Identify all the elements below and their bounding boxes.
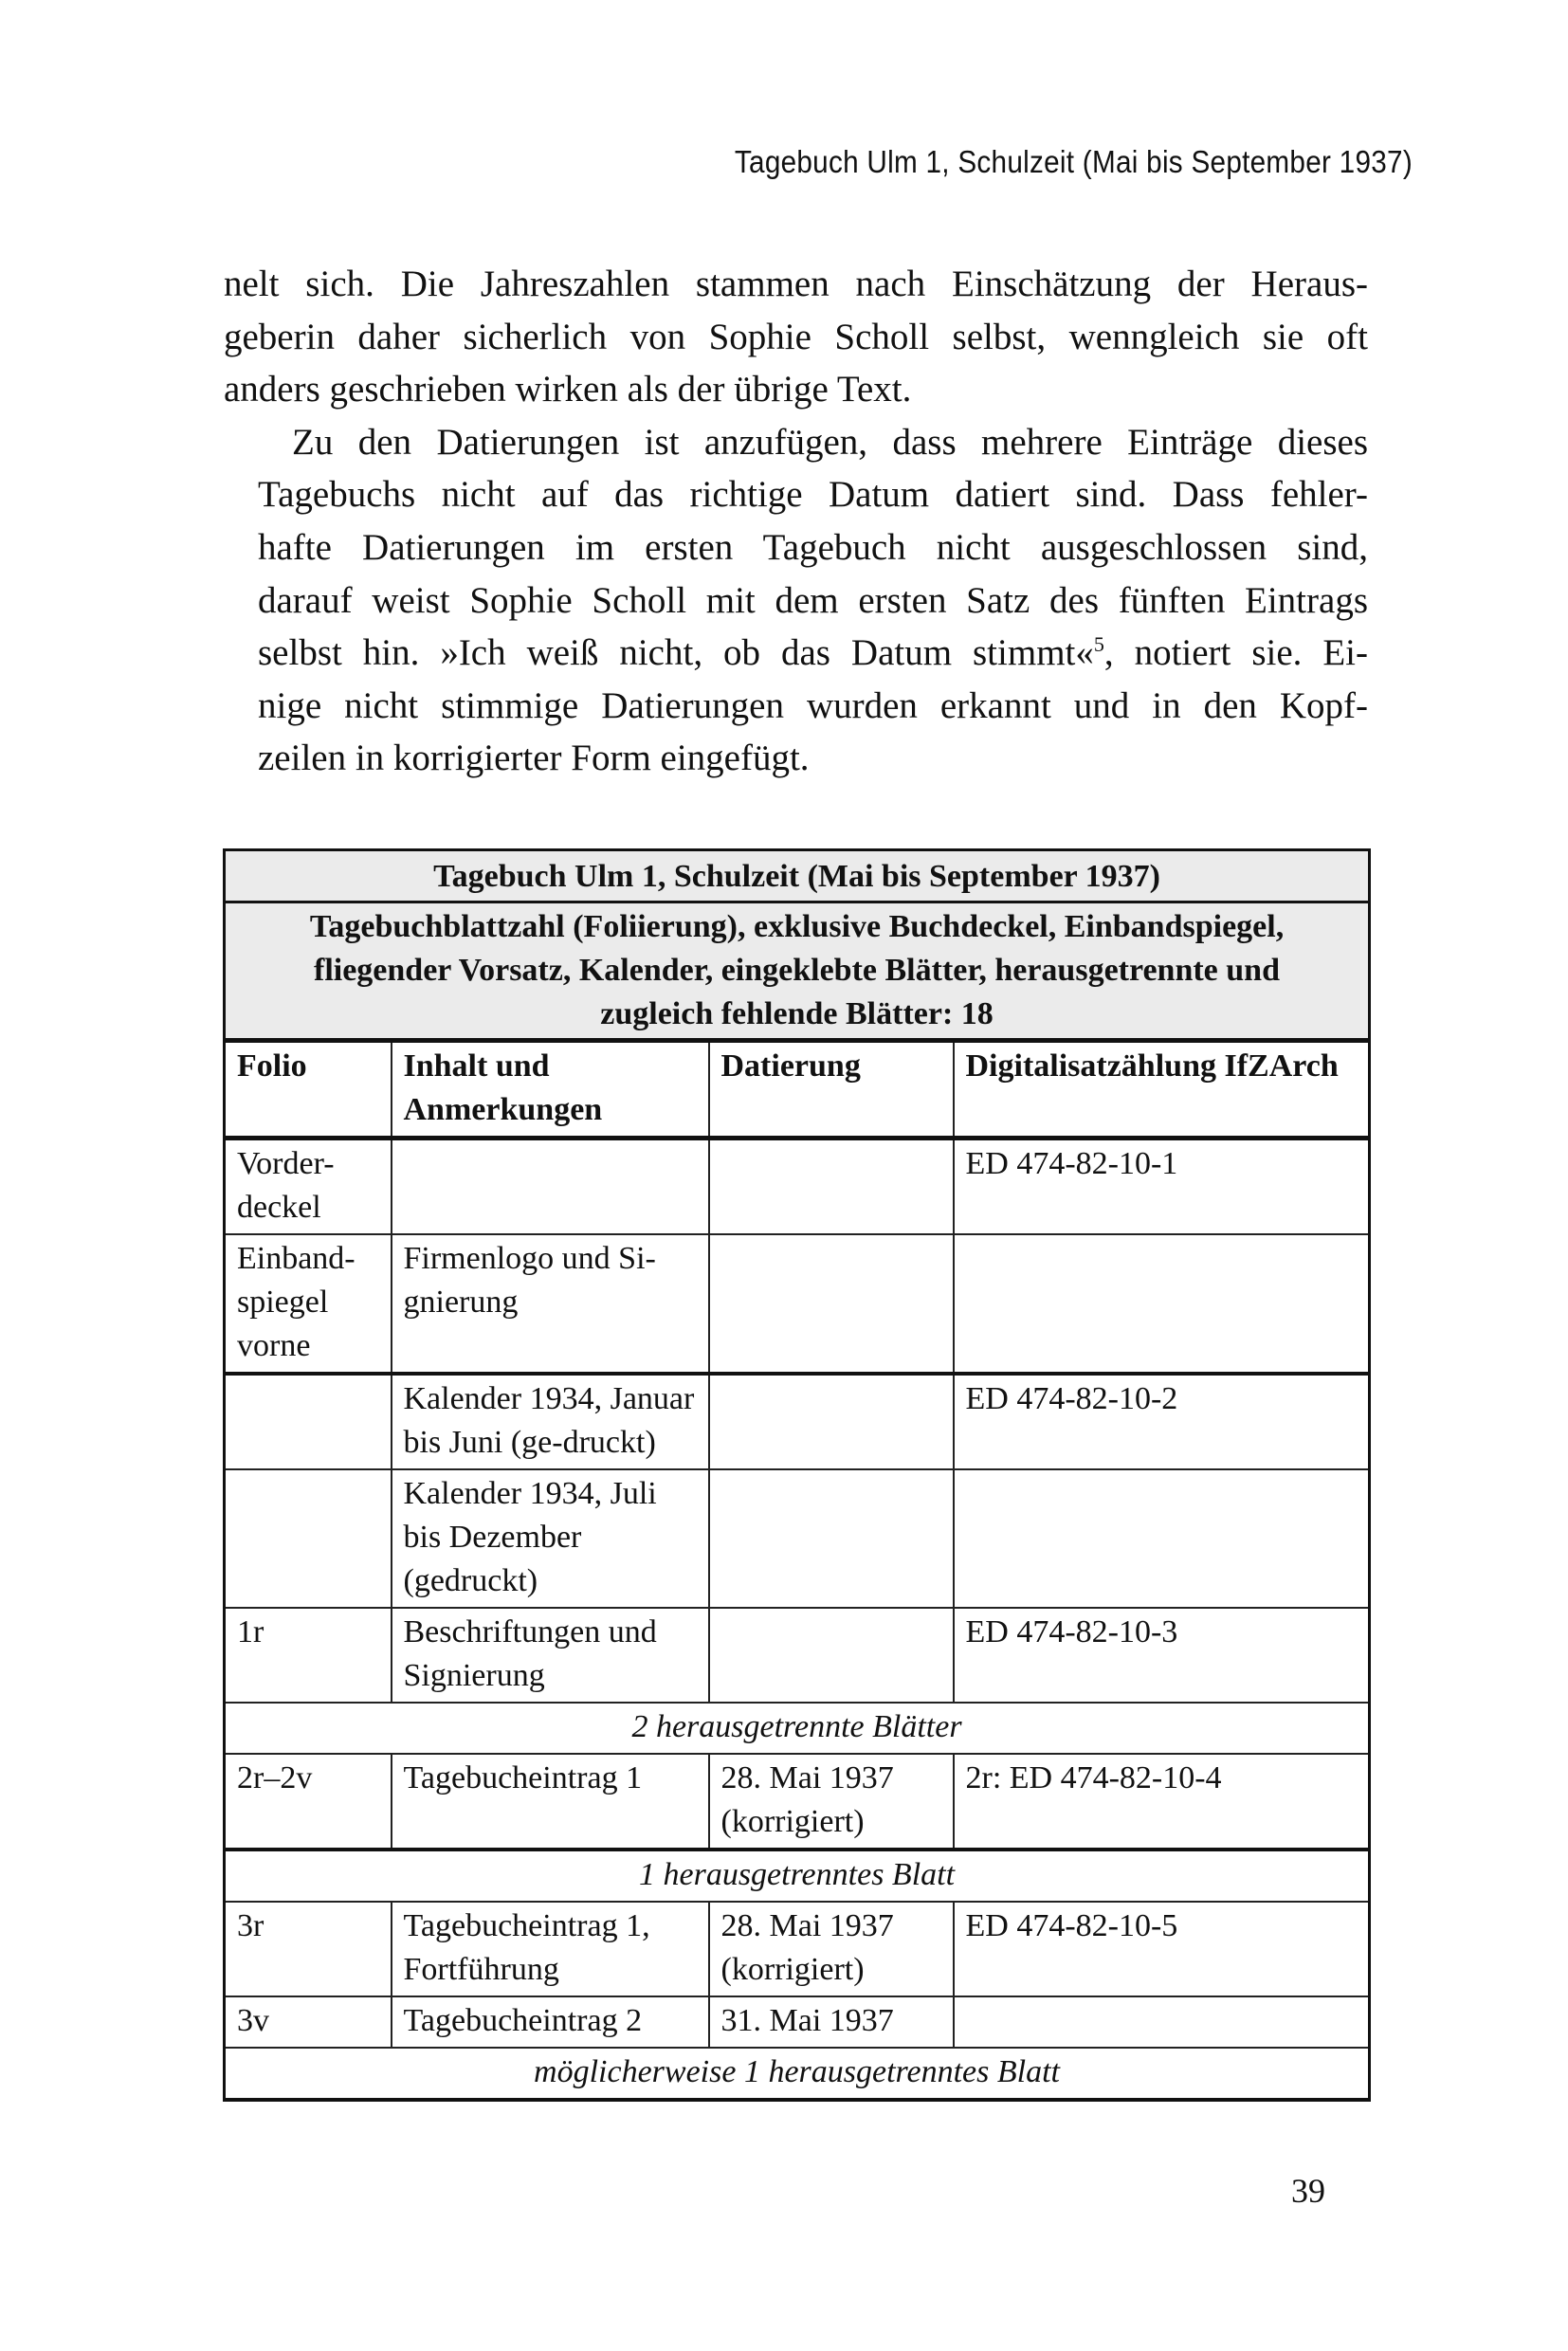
footnote-marker[interactable]: 5 xyxy=(1094,632,1104,656)
folio-table: Tagebuch Ulm 1, Schulzeit (Mai bis Septe… xyxy=(223,848,1371,2102)
digitalisat-cell xyxy=(954,1469,1370,1608)
inhalt-cell: Kalender 1934, Januar bis Juni (ge-druck… xyxy=(392,1374,709,1469)
datierung-cell xyxy=(709,1139,954,1235)
digitalisat-cell: ED 474-82-10-1 xyxy=(954,1139,1370,1235)
note-cell: 1 herausgetrenntes Blatt xyxy=(225,1850,1370,1902)
text-line: anders geschrieben wirken als der übrige… xyxy=(224,363,1368,416)
inhalt-cell: Beschriftungen und Signierung xyxy=(392,1608,709,1703)
inhalt-cell: Tagebucheintrag 1 xyxy=(392,1754,709,1850)
folio-cell: 3v xyxy=(225,1996,392,2048)
datierung-cell: 28. Mai 1937 (korrigiert) xyxy=(709,1754,954,1850)
column-header-digitalisat: Digitalisatzählung IfZArch xyxy=(954,1041,1370,1139)
text-line: Tagebuchs nicht auf das richtige Datum d… xyxy=(224,468,1368,521)
digitalisat-cell xyxy=(954,1996,1370,2048)
folio-cell xyxy=(225,1469,392,1608)
folio-cell xyxy=(225,1374,392,1469)
inhalt-cell xyxy=(392,1139,709,1235)
table-note-row: möglicherweise 1 herausgetrenntes Blatt xyxy=(225,2048,1370,2100)
text-line: darauf weist Sophie Scholl mit dem erste… xyxy=(224,574,1368,628)
inhalt-cell: Kalender 1934, Juli bis Dezember (gedruc… xyxy=(392,1469,709,1608)
text-line-with-footnote: selbst hin. »Ich weiß nicht, ob das Datu… xyxy=(224,627,1368,680)
table-row: Vorder-deckelED 474-82-10-1 xyxy=(225,1139,1370,1235)
page-number: 39 xyxy=(1280,2171,1337,2211)
table-body: Vorder-deckelED 474-82-10-1Einband-spieg… xyxy=(225,1139,1370,2101)
text-line: hafte Datierungen im ersten Tagebuch nic… xyxy=(224,521,1368,574)
digitalisat-cell: ED 474-82-10-2 xyxy=(954,1374,1370,1469)
text-line: nelt sich. Die Jahreszahlen stammen nach… xyxy=(224,258,1368,311)
column-header-folio: Folio xyxy=(225,1041,392,1139)
folio-cell: Vorder-deckel xyxy=(225,1139,392,1235)
folio-cell: 2r–2v xyxy=(225,1754,392,1850)
paragraph: nelt sich. Die Jahreszahlen stammen nach… xyxy=(224,258,1368,416)
note-cell: möglicherweise 1 herausgetrenntes Blatt xyxy=(225,2048,1370,2100)
paragraph: Zu den Datierungen ist anzufügen, dass m… xyxy=(224,416,1368,785)
table-row: Kalender 1934, Januar bis Juni (ge-druck… xyxy=(225,1374,1370,1469)
folio-cell: 3r xyxy=(225,1902,392,1996)
text-line: nige nicht stimmige Datierungen wurden e… xyxy=(224,680,1368,733)
table-note-row: 1 herausgetrenntes Blatt xyxy=(225,1850,1370,1902)
digitalisat-cell: ED 474-82-10-3 xyxy=(954,1608,1370,1703)
text-line: Zu den Datierungen ist anzufügen, dass m… xyxy=(224,416,1368,469)
table-row: 2r–2vTagebucheintrag 128. Mai 1937 (korr… xyxy=(225,1754,1370,1850)
inhalt-cell: Tagebucheintrag 1, Fortführung xyxy=(392,1902,709,1996)
column-header-inhalt: Inhalt und Anmerkungen xyxy=(392,1041,709,1139)
datierung-cell: 31. Mai 1937 xyxy=(709,1996,954,2048)
digitalisat-cell: ED 474-82-10-5 xyxy=(954,1902,1370,1996)
datierung-cell: 28. Mai 1937 (korrigiert) xyxy=(709,1902,954,1996)
inhalt-cell: Firmenlogo und Si-gnierung xyxy=(392,1234,709,1374)
text-line: geberin daher sicherlich von Sophie Scho… xyxy=(224,311,1368,364)
column-header-datierung: Datierung xyxy=(709,1041,954,1139)
text-line: zeilen in korrigierter Form eingefügt. xyxy=(224,732,1368,785)
datierung-cell xyxy=(709,1374,954,1469)
datierung-cell xyxy=(709,1234,954,1374)
running-head: Tagebuch Ulm 1, Schulzeit (Mai bis Septe… xyxy=(141,144,1413,180)
digitalisat-cell: 2r: ED 474-82-10-4 xyxy=(954,1754,1370,1850)
quote-text: selbst hin. »Ich weiß nicht, ob das Datu… xyxy=(258,632,1094,673)
table-row: 3vTagebucheintrag 231. Mai 1937 xyxy=(225,1996,1370,2048)
table-note-row: 2 herausgetrennte Blätter xyxy=(225,1703,1370,1754)
folio-cell: 1r xyxy=(225,1608,392,1703)
folio-cell: Einband-spiegel vorne xyxy=(225,1234,392,1374)
datierung-cell xyxy=(709,1608,954,1703)
datierung-cell xyxy=(709,1469,954,1608)
table-row: Kalender 1934, Juli bis Dezember (gedruc… xyxy=(225,1469,1370,1608)
body-text: nelt sich. Die Jahreszahlen stammen nach… xyxy=(224,258,1368,785)
table-summary: Tagebuchblattzahl (Foliierung), exklusiv… xyxy=(225,902,1370,1041)
table-row: Einband-spiegel vorneFirmenlogo und Si-g… xyxy=(225,1234,1370,1374)
note-cell: 2 herausgetrennte Blätter xyxy=(225,1703,1370,1754)
digitalisat-cell xyxy=(954,1234,1370,1374)
inhalt-cell: Tagebucheintrag 2 xyxy=(392,1996,709,2048)
quote-tail: , notiert sie. Ei- xyxy=(1104,632,1368,673)
table-row: 1rBeschriftungen und SignierungED 474-82… xyxy=(225,1608,1370,1703)
table-title: Tagebuch Ulm 1, Schulzeit (Mai bis Septe… xyxy=(225,850,1370,902)
table-row: 3rTagebucheintrag 1, Fortführung28. Mai … xyxy=(225,1902,1370,1996)
